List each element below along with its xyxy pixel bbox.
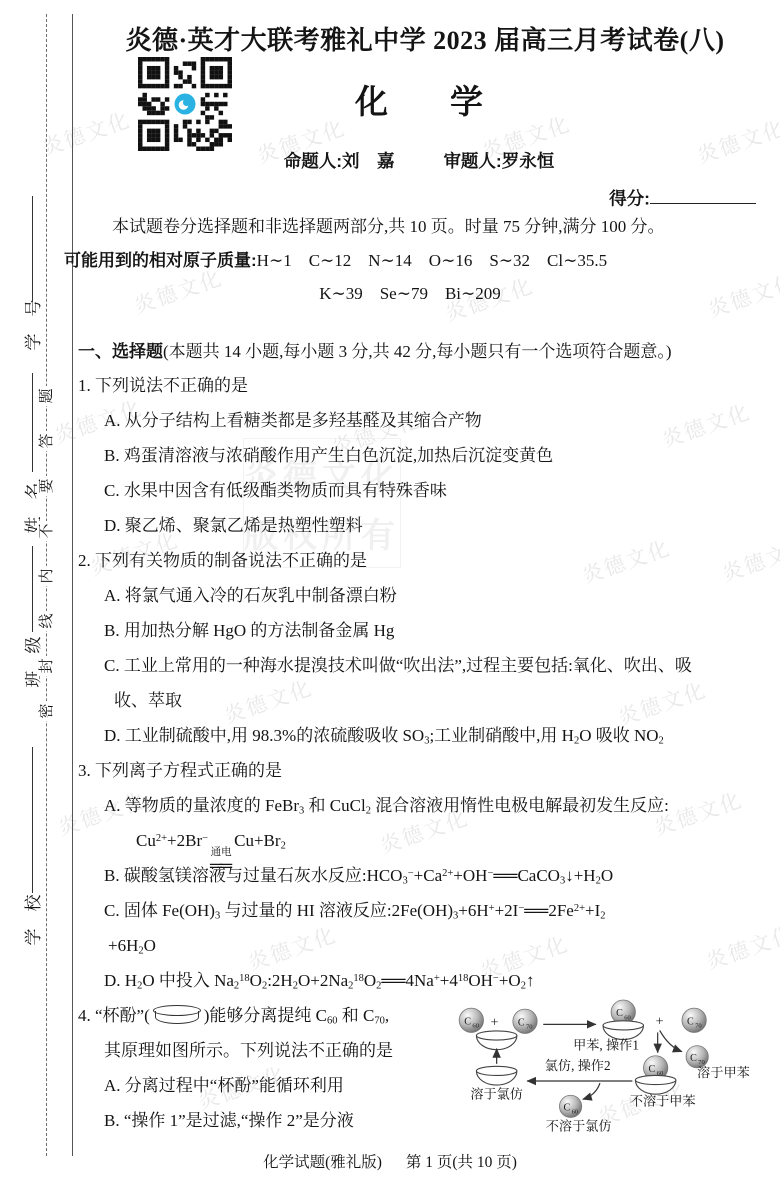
question-4-stem-line1: 4. “杯酚”()能够分离提纯 C60 和 C70, [78, 998, 446, 1033]
field-student-id-blank [32, 196, 33, 302]
atomic-masses-line1: 可能用到的相对原子质量:H∼1 C∼12 N∼14 O∼16 S∼32 Cl∼3… [64, 246, 756, 271]
seal-char: 题 [37, 386, 57, 406]
plus-sign: + [656, 1013, 664, 1029]
footer-doc-label: 化学试题(雅礼版) [263, 1154, 382, 1171]
question-4-option-a: A. 分离过程中“杯酚”能循环利用 [78, 1068, 446, 1103]
subject-char-2: 学 [450, 85, 483, 121]
step1-label: 甲苯, 操作1 [573, 1037, 639, 1053]
insoluble-toluene-label: 不溶于甲苯 [630, 1092, 696, 1108]
atomic-masses-values: H∼1 C∼12 N∼14 O∼16 S∼32 Cl∼35.5 [257, 251, 607, 270]
seal-char: 要 [37, 476, 57, 496]
footer-page-label: 第 1 页(共 10 页) [406, 1154, 517, 1171]
question-4-text: 4. “杯酚”()能够分离提纯 C60 和 C70, 其原理如图所示。下列说法不… [78, 998, 446, 1140]
exam-paper-page: 炎德文化炎德文化炎德文化炎德文化炎德文化炎德文化炎德文化炎德文化炎德文化炎德文化… [0, 0, 780, 1192]
soluble-chcl3-label: 溶于氯仿 [470, 1085, 523, 1101]
question-2-option-a: A. 将氯气通入冷的石灰乳中制备漂白粉 [78, 578, 762, 613]
question-2-stem: 2. 下列有关物质的制备说法不正确的是 [78, 543, 762, 578]
question-3-option-b: B. 碳酸氢镁溶液与过量石灰水反应:HCO3−+Ca2++OH−══CaCO3↓… [78, 858, 762, 893]
seal-char: 内 [37, 566, 57, 586]
reviewer-label: 审题人:罗永恒 [443, 151, 554, 171]
svg-text:C: C [649, 1064, 656, 1075]
soluble-toluene-label: 溶于甲苯 [697, 1064, 750, 1080]
question-1-number: 1. [78, 376, 91, 395]
c70-ball-free [682, 1008, 706, 1032]
question-3-option-a: A. 等物质的量浓度的 FeBr3 和 CuCl2 混合溶液用惰性电极电解最初发… [78, 788, 762, 823]
question-3-option-c: C. 固体 Fe(OH)3 与过量的 HI 溶液反应:2Fe(OH)3+6H++… [78, 893, 762, 928]
subject-title: 化学 [78, 76, 760, 123]
atomic-masses-line2: K∼39 Se∼79 Bi∼209 [64, 279, 756, 304]
page-footer: 化学试题(雅礼版) 第 1 页(共 10 页) [0, 1150, 780, 1172]
question-1-option-d: D. 聚乙烯、聚氯乙烯是热塑性塑料 [78, 508, 762, 543]
question-2-option-d: D. 工业制硫酸中,用 98.3%的浓硫酸吸收 SO3;工业制硝酸中,用 H2O… [78, 718, 762, 753]
svg-text:C: C [563, 1102, 570, 1113]
question-3-stem: 3. 下列离子方程式正确的是 [78, 753, 762, 788]
calixarene-bowl-icon [152, 1009, 202, 1024]
score-label: 得分: [609, 188, 650, 208]
svg-text:70: 70 [526, 1023, 533, 1030]
question-4: 4. “杯酚”()能够分离提纯 C60 和 C70, 其原理如图所示。下列说法不… [78, 998, 762, 1140]
c70-ball [513, 1009, 537, 1033]
svg-text:60: 60 [572, 1108, 579, 1115]
question-1-option-c: C. 水果中因含有低级酯类物质而具有特殊香味 [78, 473, 762, 508]
score-row: 得分: [609, 184, 756, 210]
section-1-heading-rest: (本题共 14 小题,每小题 3 分,共 42 分,每小题只有一个选项符合题意。… [163, 342, 672, 361]
svg-text:C: C [687, 1016, 694, 1027]
field-name-blank [32, 373, 33, 472]
field-school-blank [32, 747, 33, 893]
question-4-stem-line2: 其原理如图所示。下列说法不正确的是 [78, 1033, 446, 1068]
svg-text:60: 60 [624, 1014, 631, 1021]
setter-label: 命题人:刘 嘉 [284, 151, 395, 171]
question-4-option-b: B. “操作 1”是过滤,“操作 2”是分液 [78, 1103, 446, 1138]
svg-text:C: C [616, 1008, 623, 1019]
question-2-option-c: C. 工业上常用的一种海水提溴技术叫做“吹出法”,过程主要包括:氧化、吹出、吸 [78, 648, 762, 683]
seal-char: 不 [37, 521, 57, 541]
svg-text:C: C [690, 1053, 697, 1064]
plus-sign: + [491, 1014, 499, 1030]
seal-char: 线 [37, 611, 57, 631]
seal-char: 答 [37, 431, 57, 451]
section-1-heading-bold: 一、选择题 [78, 342, 163, 361]
question-1-option-a: A. 从分子结构上看糖类都是多羟基醛及其缩合产物 [78, 403, 762, 438]
step2-label: 氯仿, 操作2 [545, 1057, 611, 1073]
arrow-c70-toluene [660, 1030, 682, 1051]
atomic-masses-label: 可能用到的相对原子质量: [64, 251, 257, 270]
seal-solid-line [72, 14, 73, 1156]
svg-text:60: 60 [472, 1022, 479, 1029]
question-4-number: 4. [78, 1006, 91, 1025]
questions-block: 1. 下列说法不正确的是 A. 从分子结构上看糖类都是多羟基醛及其缩合产物 B.… [78, 368, 762, 1140]
question-2-option-c-cont: 收、萃取 [78, 683, 762, 718]
authors-row: 命题人:刘 嘉 审题人:罗永恒 [78, 148, 760, 173]
question-3-number: 3. [78, 761, 91, 780]
seal-char: 密 [37, 701, 57, 721]
arrow-c60-chcl3 [583, 1083, 600, 1099]
question-3-option-a-equation: Cu2++2Br−通电══Cu+Br2 [78, 823, 762, 858]
separation-diagram: C 60 + C 70 C 60 + C 70 甲苯, [446, 998, 762, 1140]
question-1-stem: 1. 下列说法不正确的是 [78, 368, 762, 403]
insoluble-chcl3-label: 不溶于氯仿 [546, 1118, 612, 1134]
svg-text:C: C [464, 1016, 471, 1027]
subject-char-1: 化 [355, 85, 388, 121]
question-2-option-b: B. 用加热分解 HgO 的方法制备金属 Hg [78, 613, 762, 648]
c60-ball [459, 1008, 483, 1032]
question-3-option-c-cont: +6H2O [78, 928, 762, 963]
exam-title: 炎德·英才大联考雅礼中学 2023 届高三月考试卷(八) [86, 20, 764, 57]
question-1-option-b: B. 鸡蛋清溶液与浓硝酸作用产生白色沉淀,加热后沉淀变黄色 [78, 438, 762, 473]
field-school: 学 校 [19, 884, 41, 956]
exam-info: 本试题卷分选择题和非选择题两部分,共 10 页。时量 75 分钟,满分 100 … [78, 212, 756, 242]
svg-text:70: 70 [695, 1022, 702, 1029]
section-1-heading: 一、选择题(本题共 14 小题,每小题 3 分,共 42 分,每小题只有一个选项… [78, 337, 762, 362]
field-class-blank [32, 546, 33, 632]
svg-text:C: C [518, 1017, 525, 1028]
question-3-option-d: D. H2O 中投入 Na218O2:2H2O+2Na218O2══4Na++4… [78, 963, 762, 998]
score-blank [650, 184, 756, 204]
question-2-number: 2. [78, 551, 91, 570]
seal-char: 封 [37, 656, 57, 676]
field-student-id: 学 号 [19, 289, 41, 361]
